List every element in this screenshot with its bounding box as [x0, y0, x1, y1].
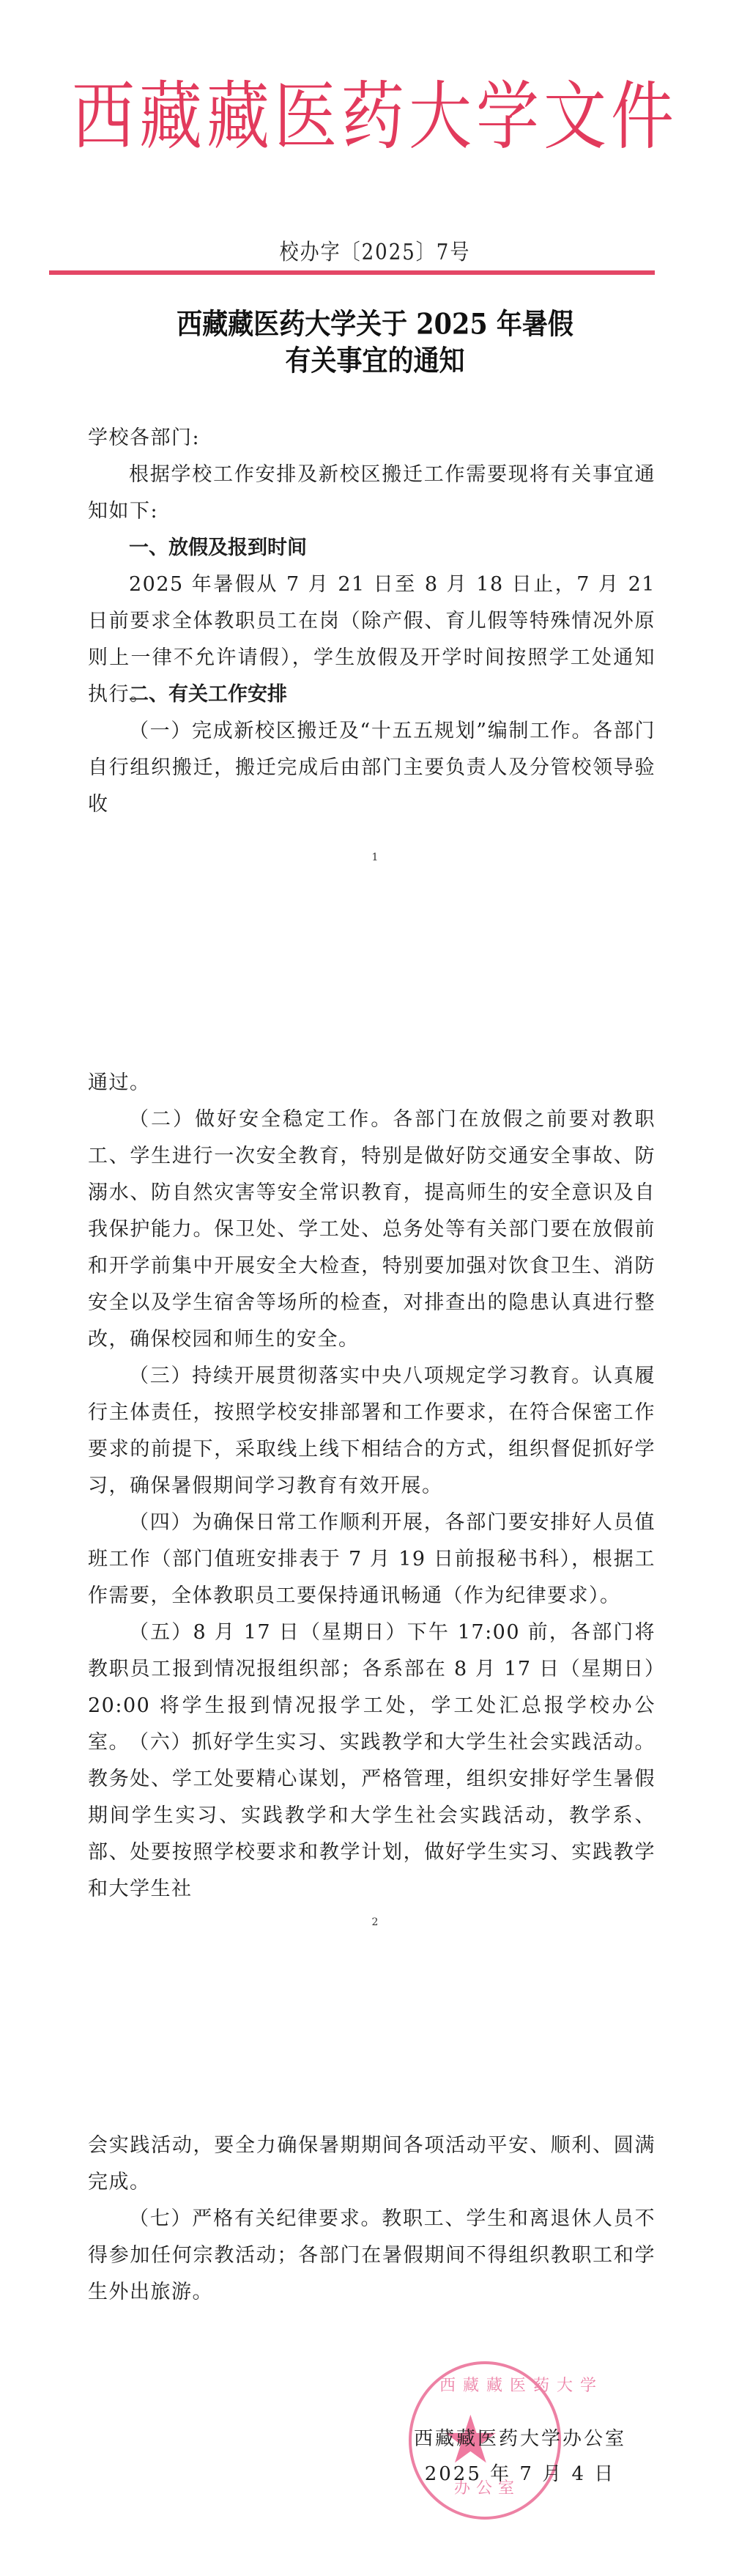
item-6-part-2: 会实践活动，要全力确保暑期期间各项活动平安、顺利、圆满完成。 — [88, 2127, 656, 2201]
item-3-paragraph: （三）持续开展贯彻落实中央八项规定学习教育。认真履行主体责任，按照学校安排部署和… — [88, 1358, 656, 1505]
item-2-paragraph: （二）做好安全稳定工作。各部门在放假之前要对教职工、学生进行一次安全教育，特别是… — [88, 1101, 656, 1358]
signature-organization: 西藏藏医药大学办公室 — [366, 2424, 674, 2454]
page-number-2: 2 — [0, 1916, 750, 1929]
document-number: 校办字〔2025〕7号 — [0, 237, 750, 267]
page-number-1: 1 — [0, 851, 750, 864]
seal-text-top: 西藏藏医药大学 — [439, 2373, 604, 2396]
item-1-part-1: （一）完成新校区搬迁及“十五五规划”编制工作。各部门自行组织搬迁，搬迁完成后由部… — [88, 713, 656, 823]
notice-title-line-2: 有关事宜的通知 — [0, 342, 750, 380]
intro-paragraph: 根据学校工作安排及新校区搬迁工作需要现将有关事宜通知如下: — [88, 457, 656, 530]
item-6-part-1: （六）抓好学生实习、实践教学和大学生社会实践活动。教务处、学工处要精心谋划，严格… — [88, 1724, 656, 1908]
salutation: 学校各部门: — [88, 420, 656, 457]
section-1-heading: 一、放假及报到时间 — [88, 530, 656, 567]
item-7-paragraph: （七）严格有关纪律要求。教职工、学生和离退休人员不得参加任何宗教活动；各部门在暑… — [88, 2201, 656, 2311]
signature-date: 2025 年 7 月 4 日 — [366, 2459, 674, 2489]
red-divider-rule — [49, 270, 655, 275]
section-2-heading: 二、有关工作安排 — [88, 676, 656, 713]
issuer-red-header: 西藏藏医药大学文件 — [0, 70, 750, 165]
item-1-part-2: 通过。 — [88, 1065, 656, 1101]
notice-title-line-1: 西藏藏医药大学关于 2025 年暑假 — [0, 306, 750, 344]
item-4-paragraph: （四）为确保日常工作顺利开展，各部门要安排好人员值班工作（部门值班安排表于 7 … — [88, 1505, 656, 1614]
